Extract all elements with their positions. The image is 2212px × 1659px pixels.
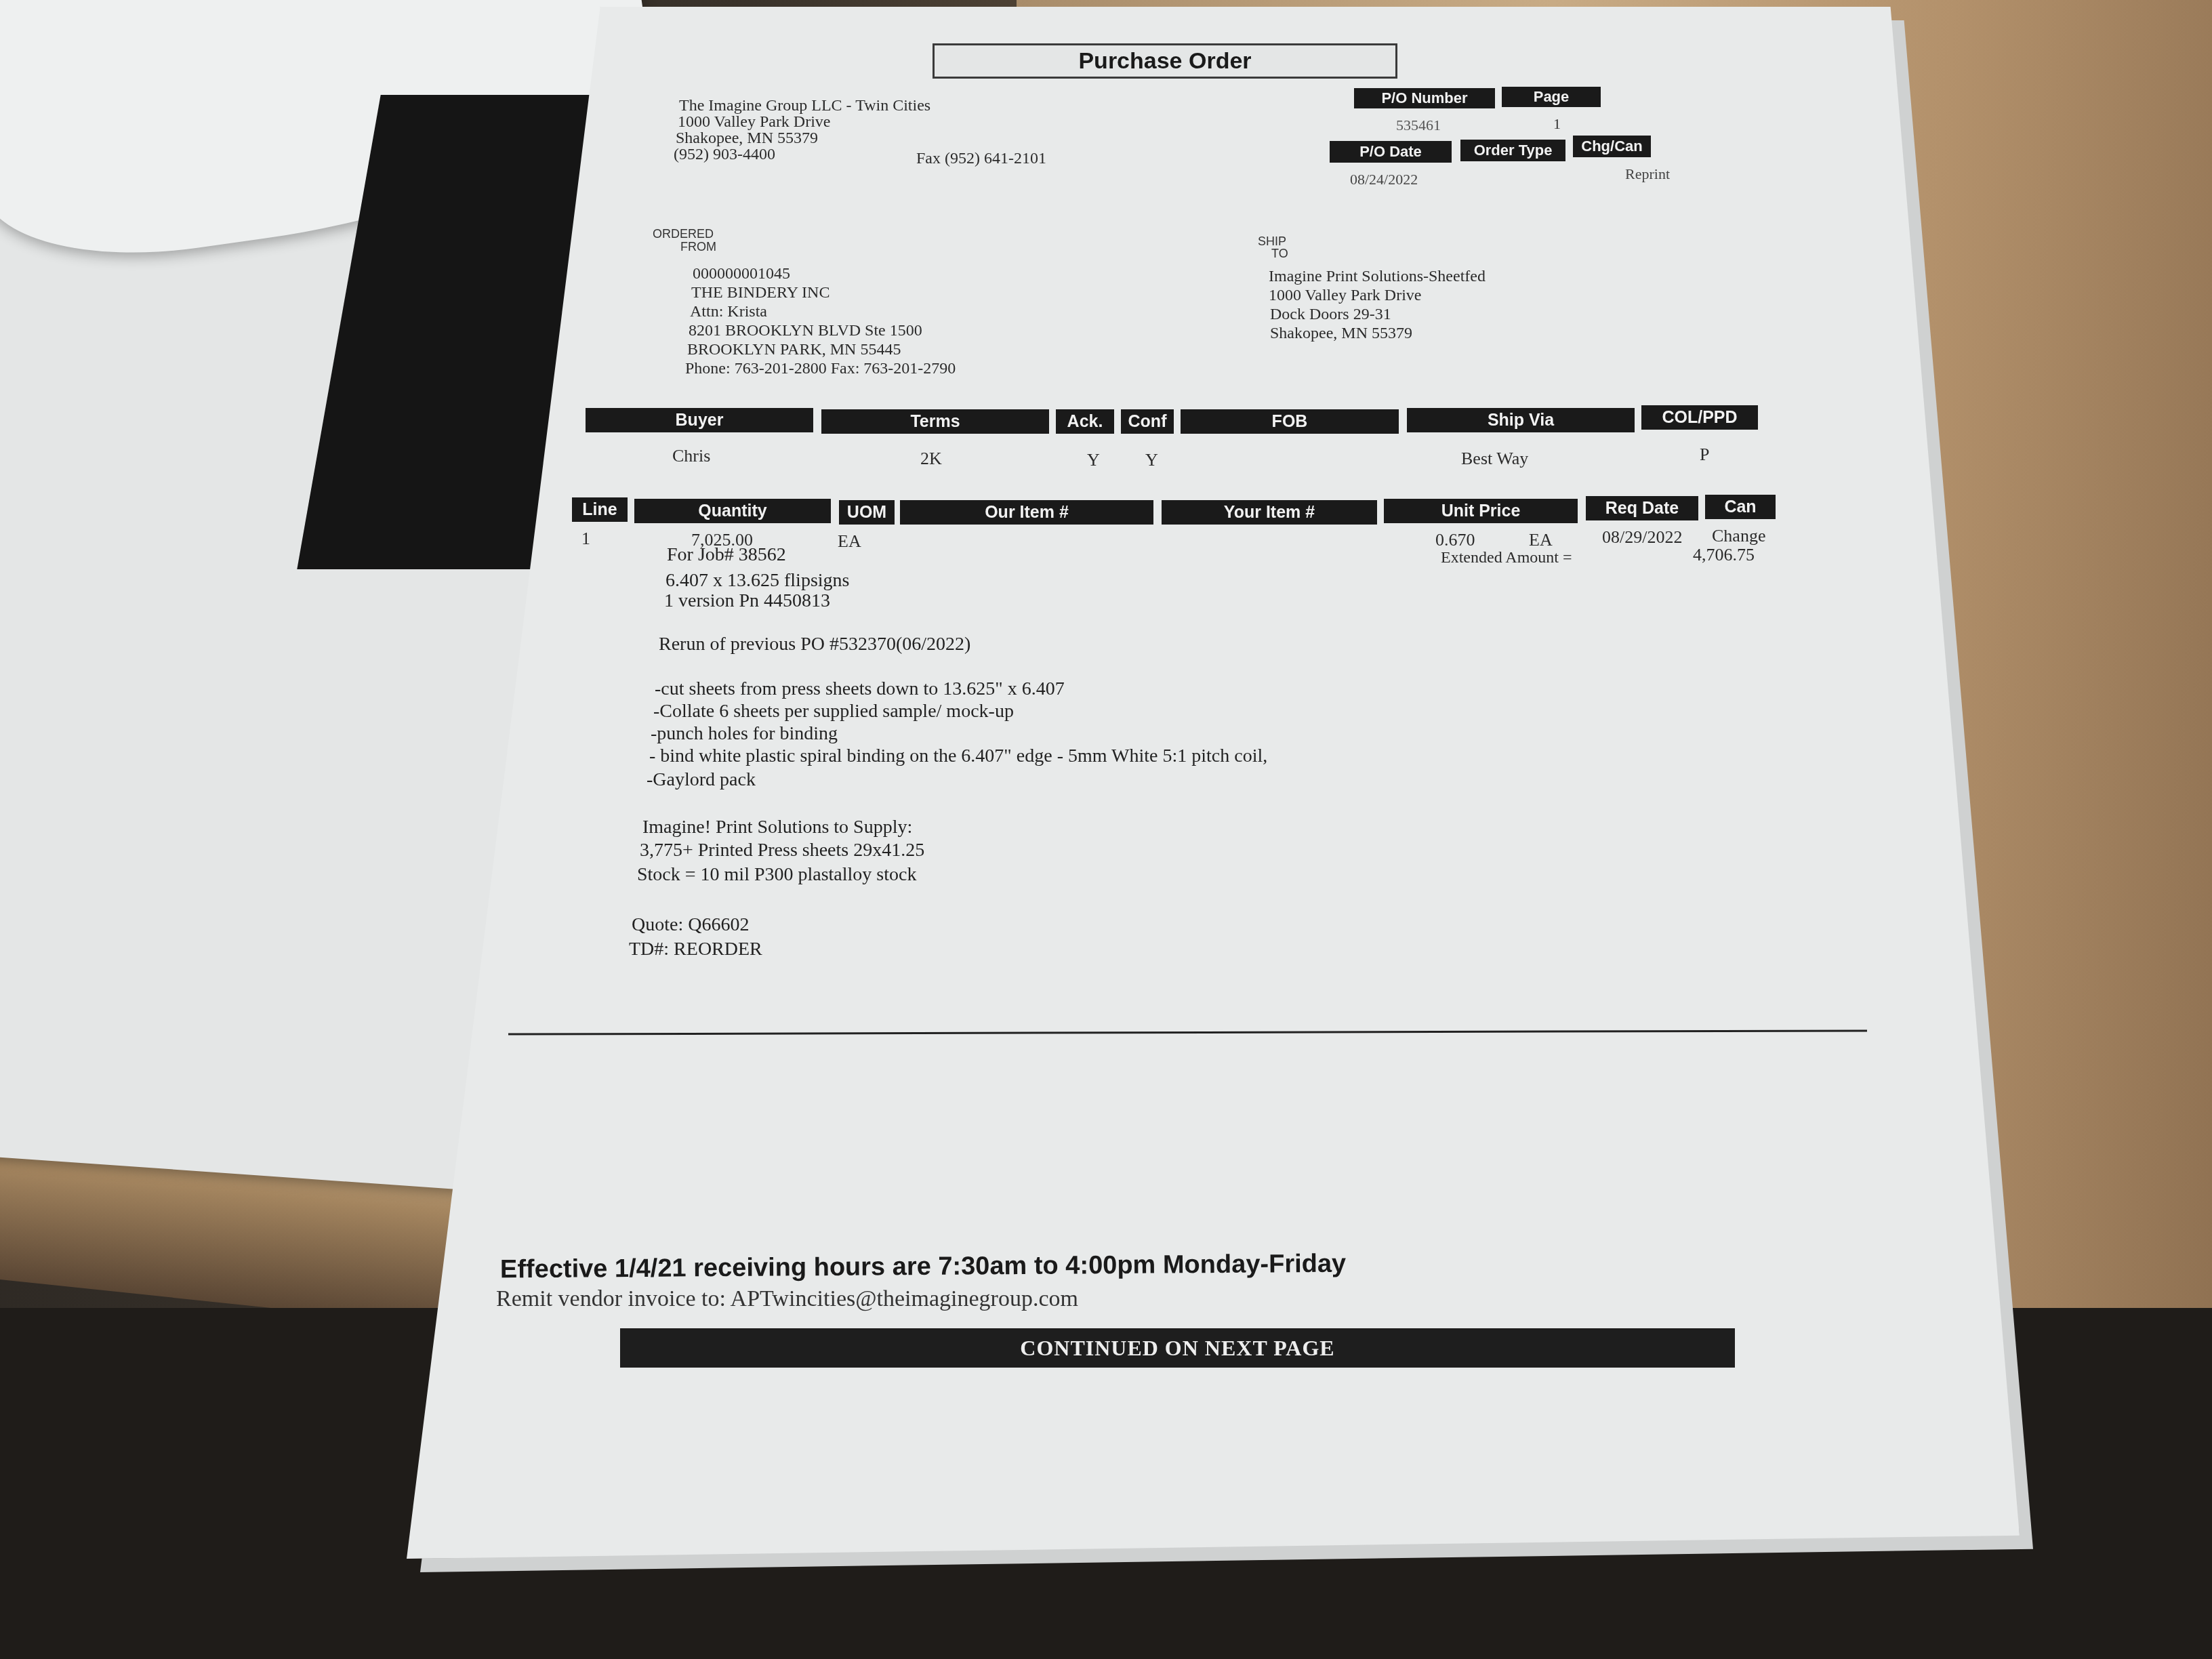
continued-banner: CONTINUED ON NEXT PAGE bbox=[620, 1328, 1735, 1368]
line-description-size: 6.407 x 13.625 flipsigns bbox=[665, 569, 849, 592]
vendor-name: THE BINDERY INC bbox=[691, 283, 829, 302]
order-type-header: Order Type bbox=[1460, 140, 1565, 161]
po-date-header: P/O Date bbox=[1330, 141, 1452, 163]
line-description-version: 1 version Pn 4450813 bbox=[664, 590, 830, 612]
ordered-label: ORDERED bbox=[653, 227, 714, 241]
instruction-4: - bind white plastic spiral binding on t… bbox=[649, 745, 1267, 767]
col-ppd-header: COL/PPD bbox=[1641, 405, 1758, 430]
our-item-header: Our Item # bbox=[900, 500, 1153, 525]
po-date-value: 08/24/2022 bbox=[1350, 171, 1418, 188]
instruction-3: -punch holes for binding bbox=[651, 722, 838, 745]
receiving-hours-notice: Effective 1/4/21 receiving hours are 7:3… bbox=[500, 1250, 1346, 1285]
line-uom: EA bbox=[838, 531, 861, 552]
uom-header: UOM bbox=[839, 500, 895, 525]
supply-sheets: 3,775+ Printed Press sheets 29x41.25 bbox=[640, 839, 924, 861]
instruction-5: -Gaylord pack bbox=[647, 769, 756, 791]
line-unit-price: 0.670 bbox=[1435, 530, 1475, 550]
page-value: 1 bbox=[1553, 115, 1561, 133]
vendor-address: 8201 BROOKLYN BLVD Ste 1500 bbox=[689, 321, 922, 340]
supply-stock: Stock = 10 mil P300 plastalloy stock bbox=[637, 863, 916, 886]
line-number: 1 bbox=[581, 529, 590, 549]
instruction-2: -Collate 6 sheets per supplied sample/ m… bbox=[653, 700, 1014, 722]
line-req-date: 08/29/2022 bbox=[1602, 527, 1682, 548]
vendor-city: BROOKLYN PARK, MN 55445 bbox=[687, 340, 901, 359]
po-number-value: 535461 bbox=[1396, 117, 1441, 134]
to-label: TO bbox=[1271, 247, 1288, 260]
conf-header: Conf bbox=[1121, 409, 1174, 434]
quantity-header: Quantity bbox=[634, 499, 831, 523]
rerun-note: Rerun of previous PO #532370(06/2022) bbox=[659, 633, 970, 655]
extended-amount-value: 4,706.75 bbox=[1693, 545, 1755, 565]
ship-to-dock: Dock Doors 29-31 bbox=[1270, 305, 1391, 324]
instruction-1: -cut sheets from press sheets down to 13… bbox=[655, 678, 1065, 700]
quote-number: Quote: Q66602 bbox=[632, 914, 749, 936]
ack-header: Ack. bbox=[1056, 409, 1114, 434]
line-can-status: Change bbox=[1712, 526, 1765, 546]
company-phone: (952) 903-4400 bbox=[674, 145, 775, 164]
td-number: TD#: REORDER bbox=[629, 938, 762, 960]
chg-can-value: Reprint bbox=[1625, 165, 1670, 183]
ship-to-address: 1000 Valley Park Drive bbox=[1269, 286, 1422, 305]
vendor-phone-fax: Phone: 763-201-2800 Fax: 763-201-2790 bbox=[685, 359, 956, 378]
ship-to-name: Imagine Print Solutions-Sheetfed bbox=[1269, 267, 1486, 286]
your-item-header: Your Item # bbox=[1162, 500, 1377, 525]
document-title: Purchase Order bbox=[933, 43, 1397, 79]
conf-value: Y bbox=[1145, 450, 1158, 470]
buyer-header: Buyer bbox=[586, 408, 813, 432]
fob-header: FOB bbox=[1181, 409, 1399, 434]
extended-amount-label: Extended Amount = bbox=[1441, 549, 1572, 567]
page-header: Page bbox=[1502, 87, 1601, 107]
unit-price-header: Unit Price bbox=[1384, 499, 1578, 523]
ack-value: Y bbox=[1087, 450, 1100, 470]
req-date-header: Req Date bbox=[1586, 496, 1698, 520]
line-price-uom: EA bbox=[1529, 530, 1553, 550]
terms-header: Terms bbox=[821, 409, 1049, 434]
vendor-id: 000000001045 bbox=[693, 264, 790, 283]
col-ppd-value: P bbox=[1700, 445, 1709, 465]
buyer-value: Chris bbox=[672, 446, 710, 466]
ship-label: SHIP bbox=[1258, 234, 1286, 248]
from-label: FROM bbox=[680, 240, 716, 253]
company-fax: Fax (952) 641-2101 bbox=[916, 149, 1046, 168]
remit-invoice-note: Remit vendor invoice to: APTwincities@th… bbox=[496, 1286, 1078, 1312]
line-job-number: For Job# 38562 bbox=[667, 544, 786, 566]
can-header: Can bbox=[1705, 495, 1776, 519]
ship-via-header: Ship Via bbox=[1407, 408, 1635, 432]
po-number-header: P/O Number bbox=[1354, 88, 1495, 108]
terms-value: 2K bbox=[920, 449, 942, 469]
chg-can-header: Chg/Can bbox=[1573, 136, 1651, 157]
ship-to-city: Shakopee, MN 55379 bbox=[1270, 324, 1412, 343]
ship-via-value: Best Way bbox=[1461, 449, 1528, 469]
supply-heading: Imagine! Print Solutions to Supply: bbox=[642, 816, 912, 838]
vendor-attn: Attn: Krista bbox=[690, 302, 767, 321]
line-header: Line bbox=[572, 497, 628, 522]
